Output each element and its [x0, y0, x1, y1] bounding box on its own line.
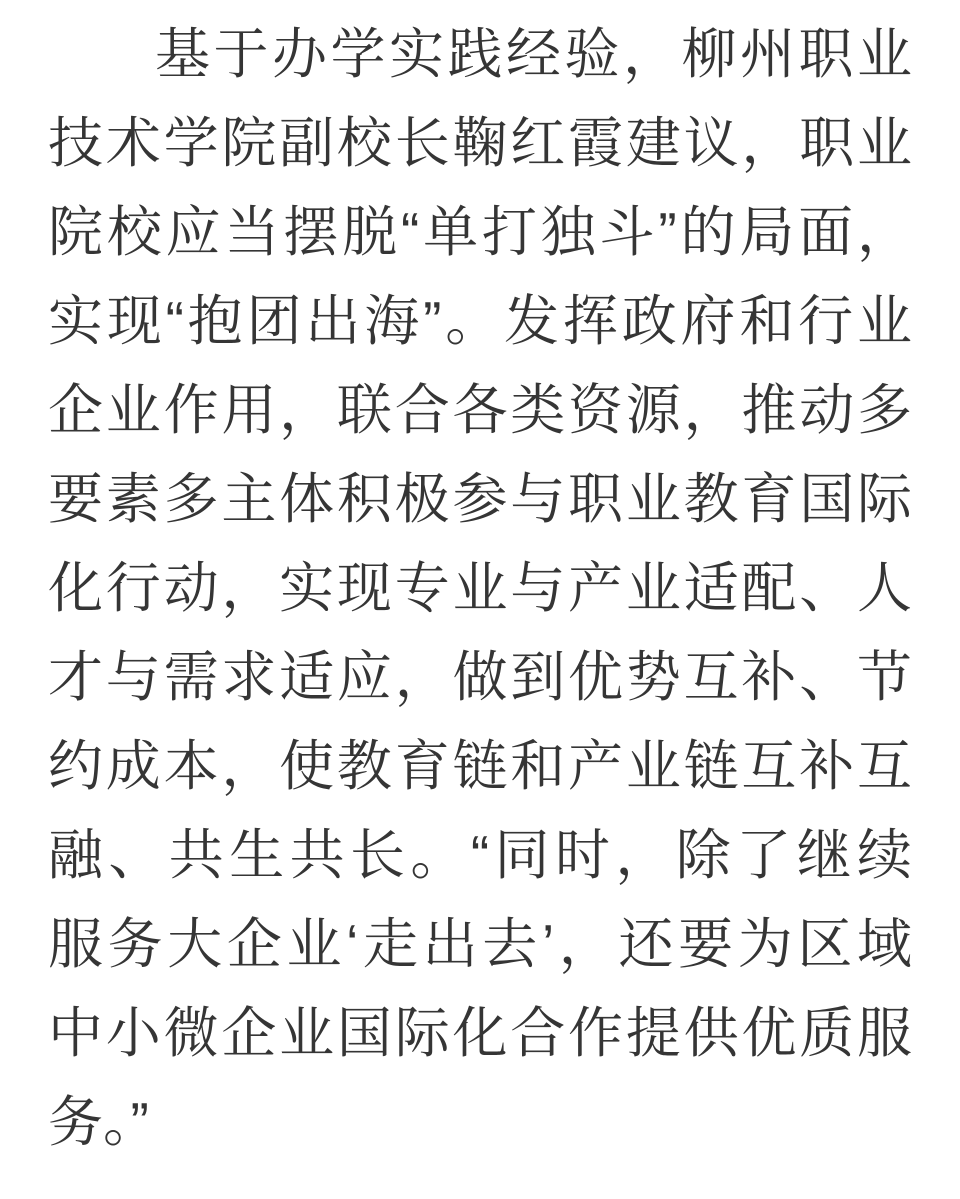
- paragraph-line: 务。”: [48, 1078, 912, 1167]
- paragraph-line: 院校应当摆脱“单打独斗”的局面，: [48, 188, 912, 277]
- paragraph-line: 要素多主体积极参与职业教育国际: [48, 455, 912, 544]
- paragraph-line: 约成本，使教育链和产业链互补互: [48, 722, 912, 811]
- paragraph-line: 基于办学实践经验，柳州职业: [48, 10, 912, 99]
- paragraph-line: 企业作用，联合各类资源，推动多: [48, 366, 912, 455]
- paragraph-line: 技术学院副校长鞠红霞建议，职业: [48, 99, 912, 188]
- paragraph-line: 化行动，实现专业与产业适配、人: [48, 544, 912, 633]
- article-paragraph: 基于办学实践经验，柳州职业 技术学院副校长鞠红霞建议，职业 院校应当摆脱“单打独…: [48, 10, 912, 1167]
- paragraph-line: 才与需求适应，做到优势互补、节: [48, 633, 912, 722]
- article-page: 基于办学实践经验，柳州职业 技术学院副校长鞠红霞建议，职业 院校应当摆脱“单打独…: [0, 0, 960, 1199]
- paragraph-line: 服务大企业‘走出去’，还要为区域: [48, 900, 912, 989]
- paragraph-line: 融、共生共长。“同时，除了继续: [48, 811, 912, 900]
- paragraph-line: 中小微企业国际化合作提供优质服: [48, 989, 912, 1078]
- paragraph-line: 实现“抱团出海”。发挥政府和行业: [48, 277, 912, 366]
